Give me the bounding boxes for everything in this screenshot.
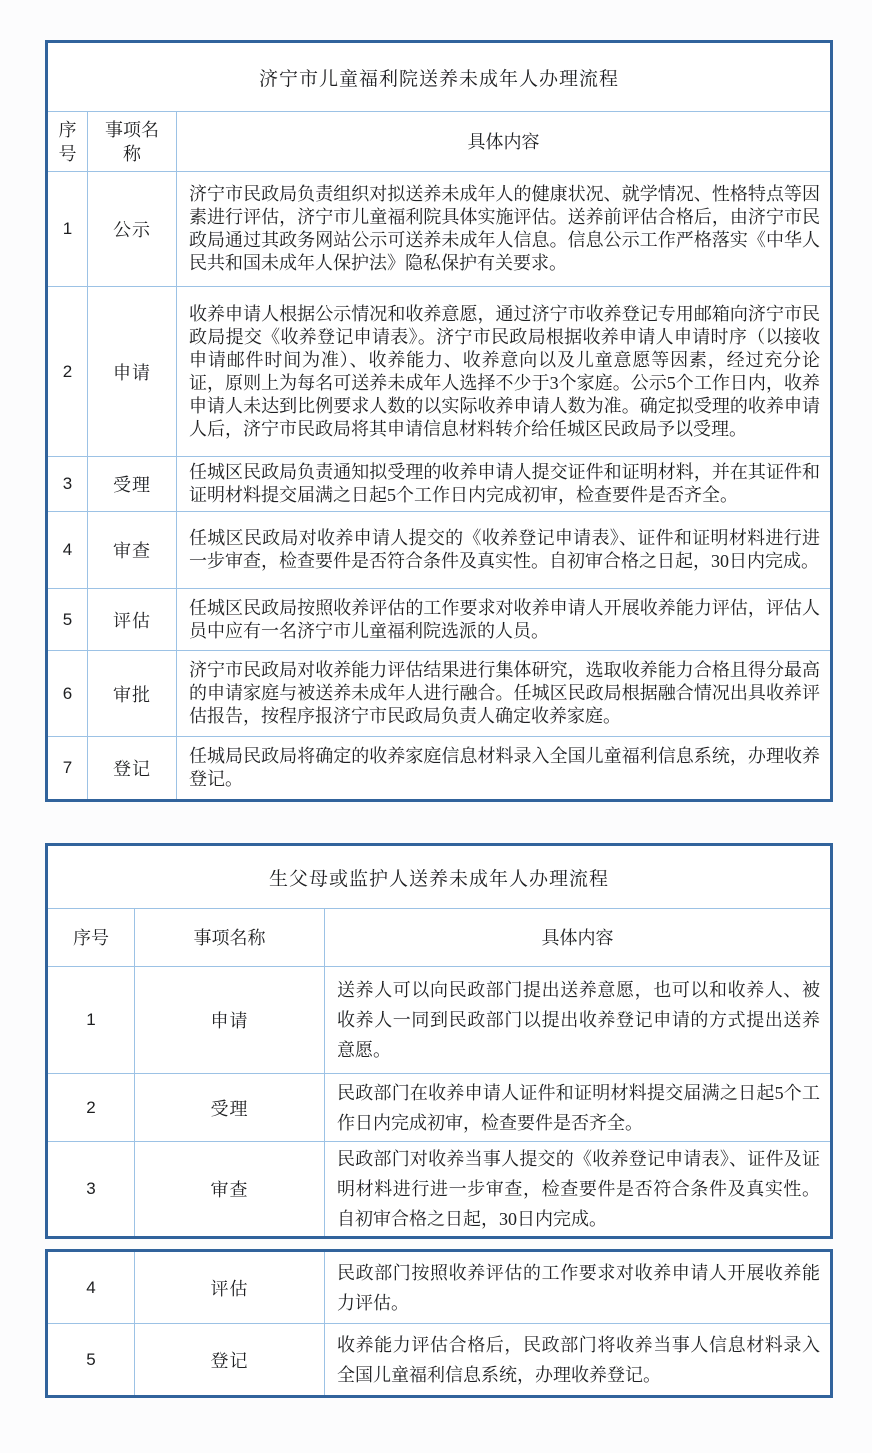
table-welfare-institute-process: 济宁市儿童福利院送养未成年人办理流程 序号 事项名称 具体内容 1 公示 济宁市… xyxy=(45,40,833,802)
table-row: 3 审查 民政部门对收养当事人提交的《收养登记申请表》、证件及证明材料进行进一步… xyxy=(47,1142,832,1238)
table1-title-row: 济宁市儿童福利院送养未成年人办理流程 xyxy=(47,42,832,112)
table2-header-name: 事项名称 xyxy=(135,909,325,967)
row-content: 送养人可以向民政部门提出送养意愿，也可以和收养人、被收养人一同到民政部门以提出收… xyxy=(325,967,832,1074)
row-name: 审查 xyxy=(135,1142,325,1238)
table1-title: 济宁市儿童福利院送养未成年人办理流程 xyxy=(47,42,832,112)
row-name: 公示 xyxy=(88,172,177,287)
row-name: 登记 xyxy=(88,737,177,801)
table-row: 1 申请 送养人可以向民政部门提出送养意愿，也可以和收养人、被收养人一同到民政部… xyxy=(47,967,832,1074)
table1-header-no: 序号 xyxy=(47,112,88,172)
table2-header-no: 序号 xyxy=(47,909,135,967)
row-no: 3 xyxy=(47,457,88,512)
row-content: 济宁市民政局负责组织对拟送养未成年人的健康状况、就学情况、性格特点等因素进行评估… xyxy=(177,172,832,287)
table-row: 7 登记 任城局民政局将确定的收养家庭信息材料录入全国儿童福利信息系统，办理收养… xyxy=(47,737,832,801)
row-no: 4 xyxy=(47,1251,135,1324)
row-name: 受理 xyxy=(88,457,177,512)
table2-title: 生父母或监护人送养未成年人办理流程 xyxy=(47,845,832,909)
row-no: 2 xyxy=(47,1074,135,1142)
row-content: 民政部门对收养当事人提交的《收养登记申请表》、证件及证明材料进行进一步审查，检查… xyxy=(325,1142,832,1238)
table2-title-row: 生父母或监护人送养未成年人办理流程 xyxy=(47,845,832,909)
row-content: 任城局民政局将确定的收养家庭信息材料录入全国儿童福利信息系统，办理收养登记。 xyxy=(177,737,832,801)
row-name: 审批 xyxy=(88,651,177,737)
row-name: 申请 xyxy=(135,967,325,1074)
table-row: 6 审批 济宁市民政局对收养能力评估结果进行集体研究，选取收养能力合格且得分最高… xyxy=(47,651,832,737)
row-no: 4 xyxy=(47,512,88,589)
table-guardian-process-continued: 4 评估 民政部门按照收养评估的工作要求对收养申请人开展收养能力评估。 5 登记… xyxy=(45,1249,833,1398)
row-content: 收养申请人根据公示情况和收养意愿，通过济宁市收养登记专用邮箱向济宁市民政局提交《… xyxy=(177,287,832,457)
row-no: 5 xyxy=(47,589,88,651)
row-content: 任城区民政局按照收养评估的工作要求对收养申请人开展收养能力评估，评估人员中应有一… xyxy=(177,589,832,651)
row-name: 登记 xyxy=(135,1324,325,1397)
table1-header-row: 序号 事项名称 具体内容 xyxy=(47,112,832,172)
table1-header-content: 具体内容 xyxy=(177,112,832,172)
table-guardian-process: 生父母或监护人送养未成年人办理流程 序号 事项名称 具体内容 1 申请 送养人可… xyxy=(45,843,833,1239)
table-row: 5 评估 任城区民政局按照收养评估的工作要求对收养申请人开展收养能力评估，评估人… xyxy=(47,589,832,651)
table-row: 4 评估 民政部门按照收养评估的工作要求对收养申请人开展收养能力评估。 xyxy=(47,1251,832,1324)
row-content: 任城区民政局负责通知拟受理的收养申请人提交证件和证明材料，并在其证件和证明材料提… xyxy=(177,457,832,512)
row-name: 审查 xyxy=(88,512,177,589)
row-content: 民政部门在收养申请人证件和证明材料提交届满之日起5个工作日内完成初审，检查要件是… xyxy=(325,1074,832,1142)
table-row: 5 登记 收养能力评估合格后，民政部门将收养当事人信息材料录入全国儿童福利信息系… xyxy=(47,1324,832,1397)
row-name: 评估 xyxy=(88,589,177,651)
row-content: 任城区民政局对收养申请人提交的《收养登记申请表》、证件和证明材料进行进一步审查，… xyxy=(177,512,832,589)
row-no: 2 xyxy=(47,287,88,457)
row-no: 5 xyxy=(47,1324,135,1397)
table-row: 3 受理 任城区民政局负责通知拟受理的收养申请人提交证件和证明材料，并在其证件和… xyxy=(47,457,832,512)
row-name: 受理 xyxy=(135,1074,325,1142)
row-content: 民政部门按照收养评估的工作要求对收养申请人开展收养能力评估。 xyxy=(325,1251,832,1324)
row-content: 济宁市民政局对收养能力评估结果进行集体研究，选取收养能力合格且得分最高的申请家庭… xyxy=(177,651,832,737)
table2-header-content: 具体内容 xyxy=(325,909,832,967)
row-no: 7 xyxy=(47,737,88,801)
table-row: 1 公示 济宁市民政局负责组织对拟送养未成年人的健康状况、就学情况、性格特点等因… xyxy=(47,172,832,287)
table1-header-name: 事项名称 xyxy=(88,112,177,172)
row-name: 申请 xyxy=(88,287,177,457)
table-row: 2 申请 收养申请人根据公示情况和收养意愿，通过济宁市收养登记专用邮箱向济宁市民… xyxy=(47,287,832,457)
document-page: 济宁市儿童福利院送养未成年人办理流程 序号 事项名称 具体内容 1 公示 济宁市… xyxy=(0,0,872,1453)
row-no: 6 xyxy=(47,651,88,737)
table-row: 2 受理 民政部门在收养申请人证件和证明材料提交届满之日起5个工作日内完成初审，… xyxy=(47,1074,832,1142)
table2-header-row: 序号 事项名称 具体内容 xyxy=(47,909,832,967)
row-no: 1 xyxy=(47,172,88,287)
row-name: 评估 xyxy=(135,1251,325,1324)
row-no: 1 xyxy=(47,967,135,1074)
row-content: 收养能力评估合格后，民政部门将收养当事人信息材料录入全国儿童福利信息系统，办理收… xyxy=(325,1324,832,1397)
table-row: 4 审查 任城区民政局对收养申请人提交的《收养登记申请表》、证件和证明材料进行进… xyxy=(47,512,832,589)
row-no: 3 xyxy=(47,1142,135,1238)
